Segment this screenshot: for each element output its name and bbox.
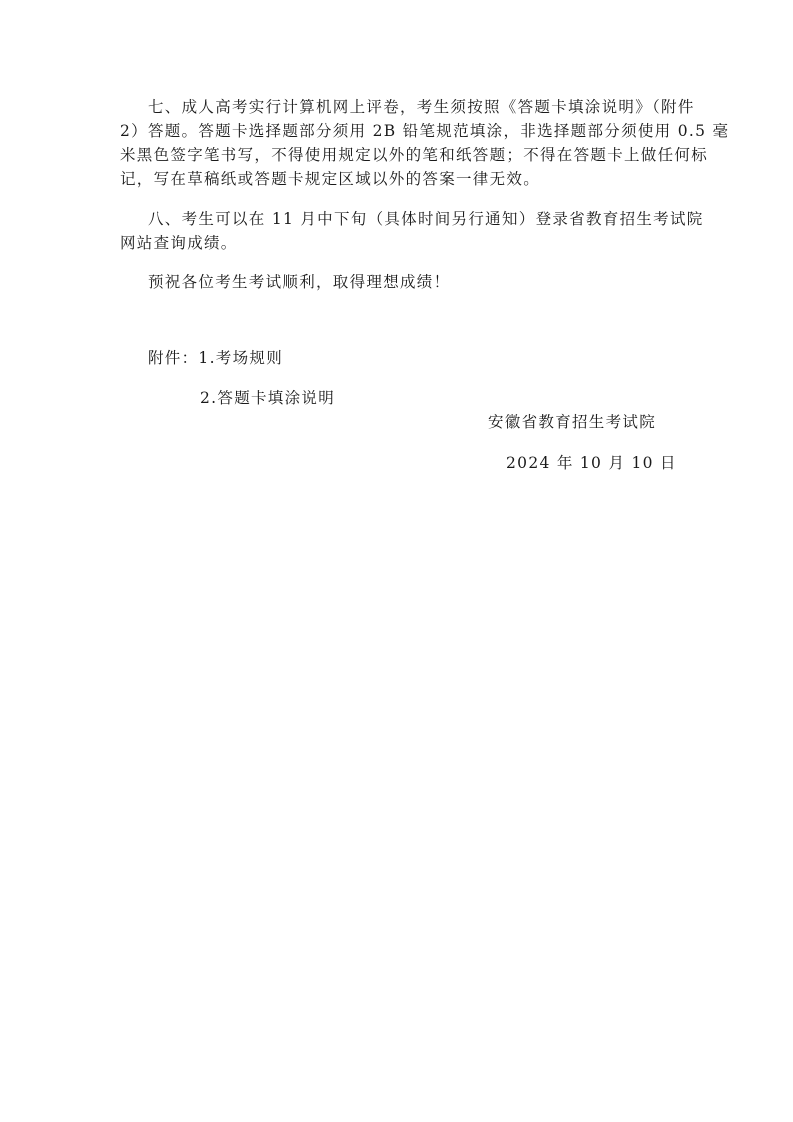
document-page: 七、成人高考实行计算机网上评卷，考生须按照《答题卡填涂说明》（附件 2）答题。答…: [0, 0, 793, 1122]
paragraph-line: 记，写在草稿纸或答题卡规定区域以外的答案一律无效。: [120, 167, 680, 191]
closing-wish: 预祝各位考生考试顺利，取得理想成绩！: [148, 270, 708, 294]
attachment-item: 1.考场规则: [198, 349, 283, 367]
signature-date: 2024 年 10 月 10 日: [506, 451, 706, 475]
paragraph-line: 米黑色签字笔书写，不得使用规定以外的笔和纸答题；不得在答题卡上做任何标: [120, 143, 680, 167]
attachments-label: 附件：: [148, 349, 198, 367]
attachment-item: 2.答题卡填涂说明: [200, 386, 760, 410]
paragraph-line: 八、考生可以在 11 月中下旬（具体时间另行通知）登录省教育招生考试院: [148, 207, 708, 231]
attachments-row: 附件：1.考场规则: [148, 346, 708, 370]
paragraph-line: 网站查询成绩。: [120, 231, 680, 255]
signature-organization: 安徽省教育招生考试院: [488, 410, 688, 434]
paragraph-line: 七、成人高考实行计算机网上评卷，考生须按照《答题卡填涂说明》（附件: [148, 95, 708, 119]
paragraph-line: 2）答题。答题卡选择题部分须用 2B 铅笔规范填涂，非选择题部分须使用 0.5 …: [120, 119, 680, 143]
